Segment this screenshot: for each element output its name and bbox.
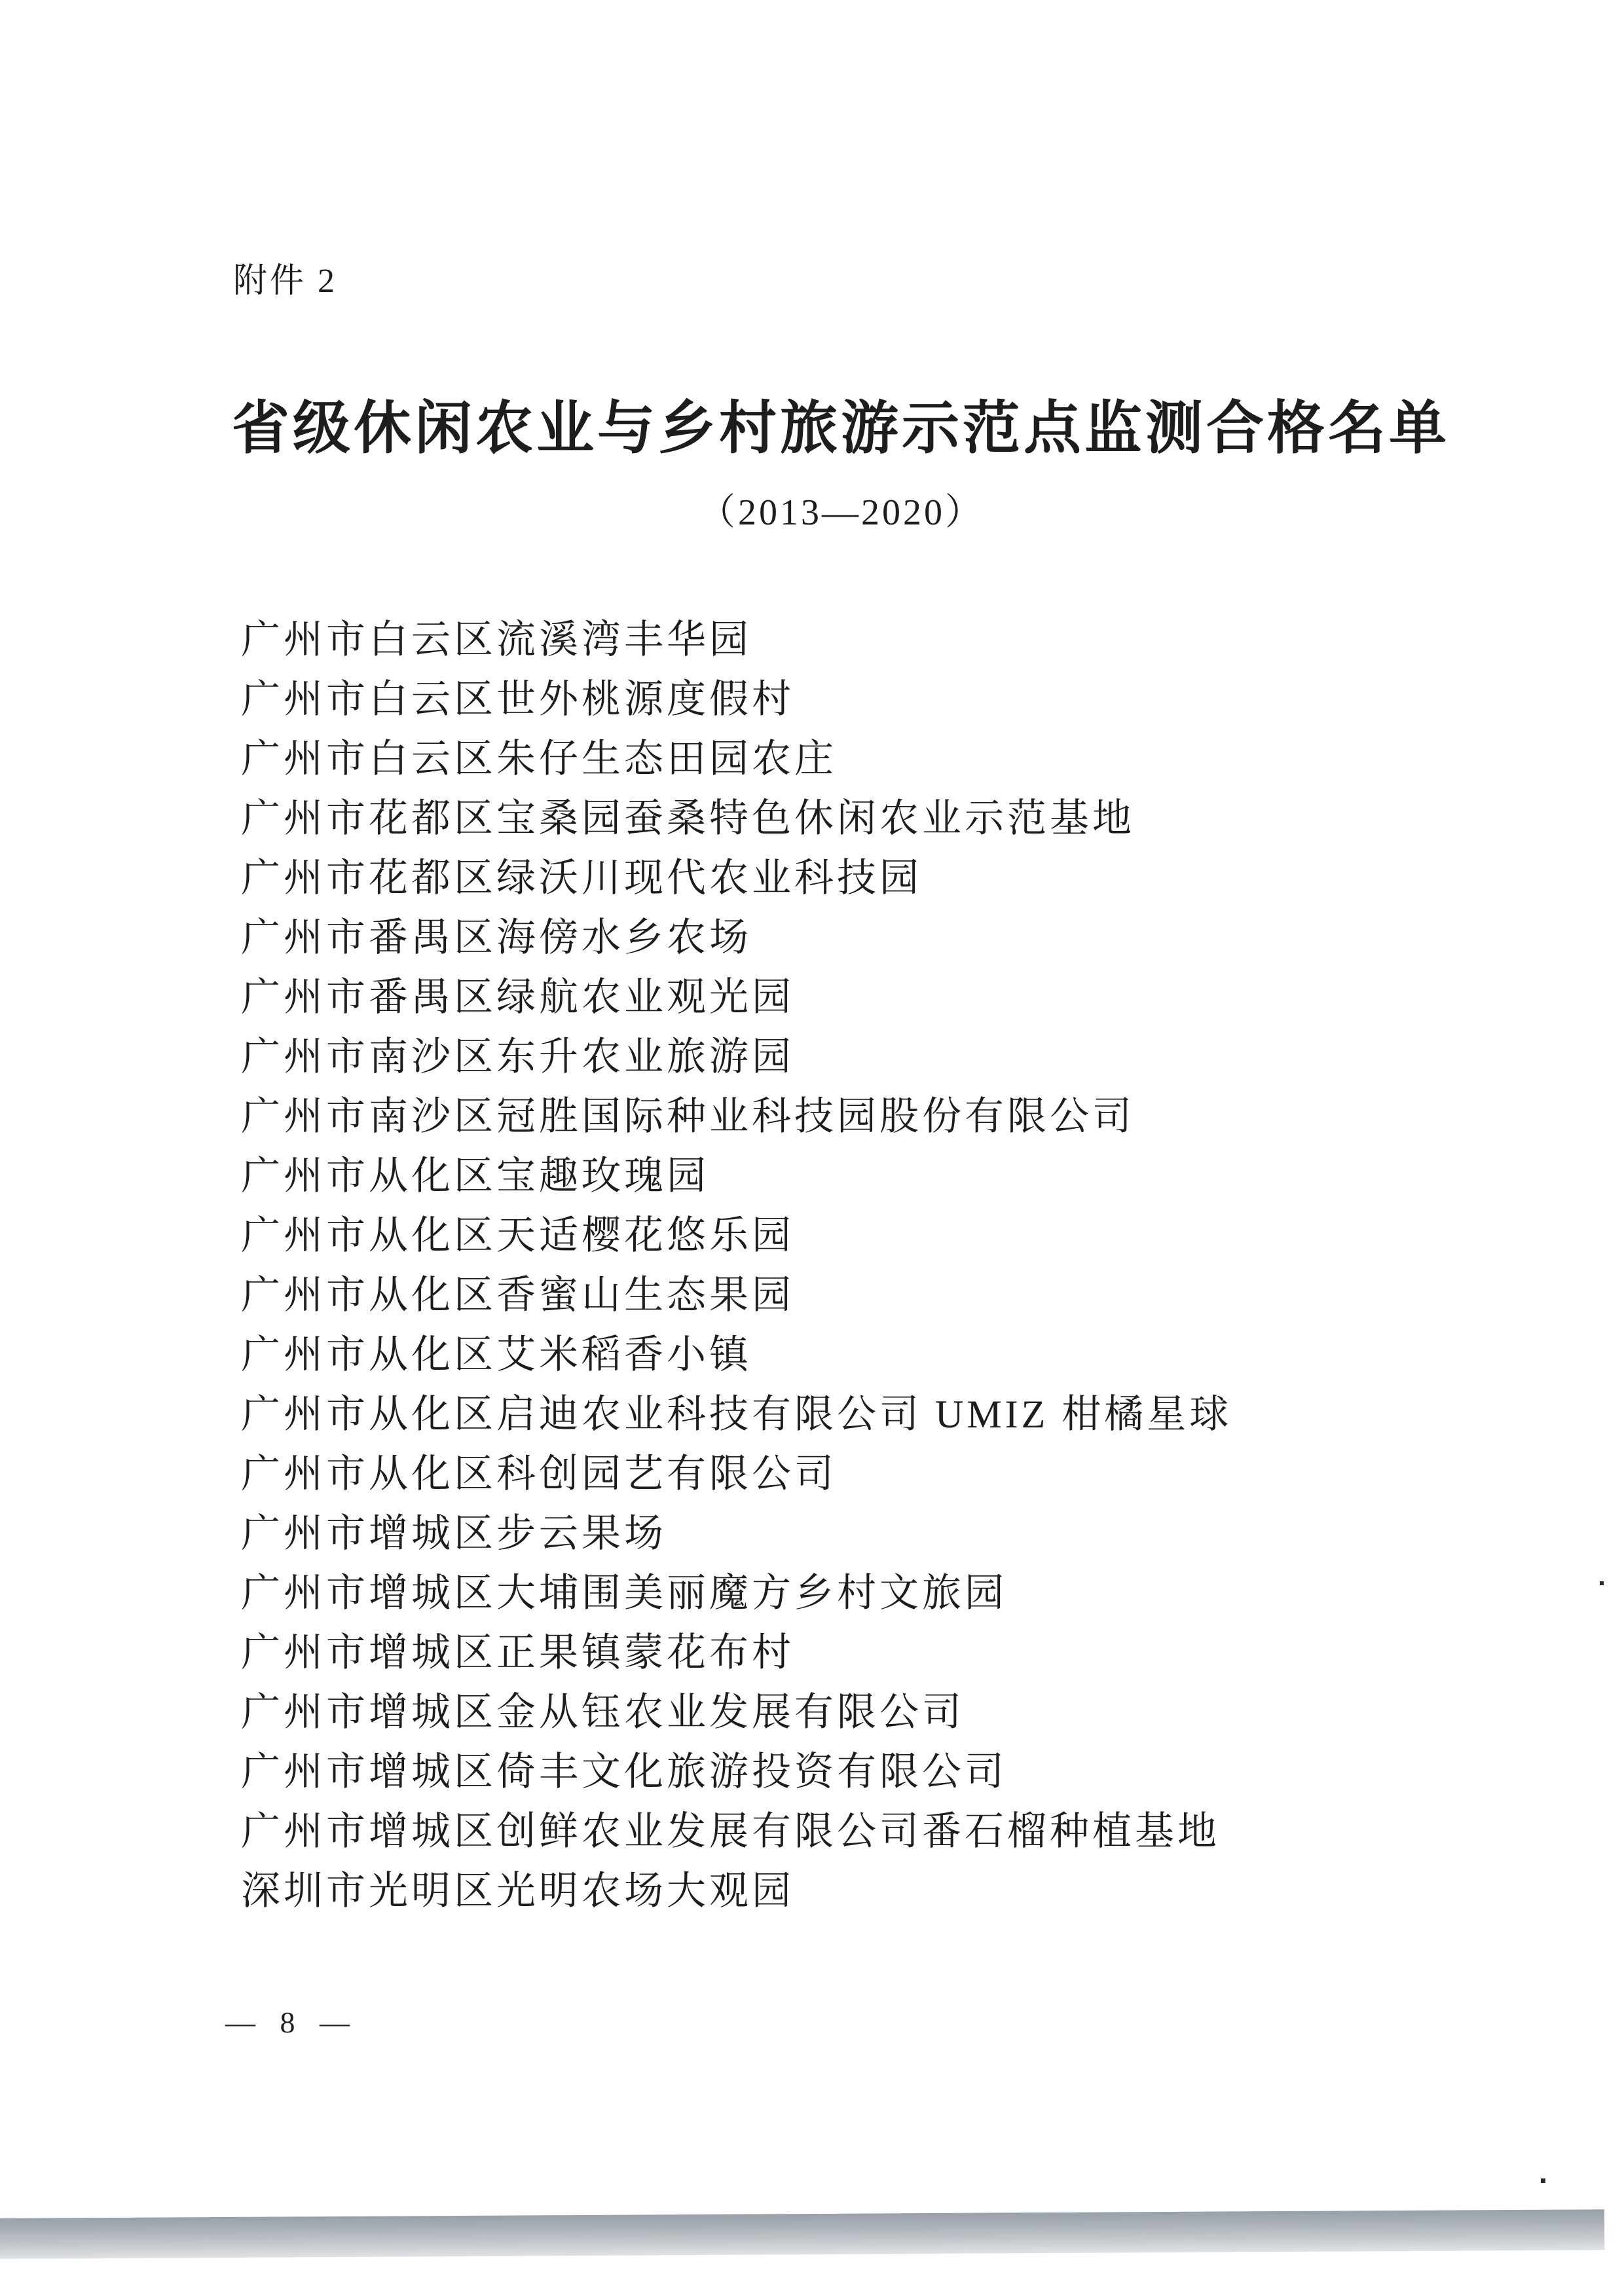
list-item: 广州市花都区宝桑园蚕桑特色休闲农业示范基地 (241, 789, 1232, 849)
list-item: 广州市增城区创鲜农业发展有限公司番石榴种植基地 (241, 1802, 1232, 1862)
scanned-document-page: 附件 2 省级休闲农业与乡村旅游示范点监测合格名单 （2013—2020） 广州… (0, 0, 1624, 2295)
scan-page-edge-shadow (0, 2209, 1604, 2259)
list-item: 广州市从化区启迪农业科技有限公司 UMIZ 柑橘星球 (241, 1385, 1232, 1444)
list-item: 广州市从化区香蜜山生态果园 (241, 1266, 1232, 1325)
scan-speck (1600, 1581, 1604, 1585)
list-item: 广州市增城区倚丰文化旅游投资有限公司 (241, 1742, 1232, 1802)
list-item: 广州市花都区绿沃川现代农业科技园 (241, 849, 1232, 908)
list-item: 广州市增城区大埔围美丽魔方乡村文旅园 (241, 1564, 1232, 1623)
page-number: — 8 — (225, 2005, 354, 2040)
list-item: 广州市从化区天适樱花悠乐园 (241, 1206, 1232, 1266)
scan-speck (1541, 2178, 1545, 2183)
list-item: 广州市白云区流溪湾丰华园 (241, 610, 1232, 670)
list-item: 广州市番禺区绿航农业观光园 (241, 968, 1232, 1027)
page-title: 省级休闲农业与乡村旅游示范点监测合格名单 (232, 382, 1450, 465)
list-item: 广州市番禺区海傍水乡农场 (241, 908, 1232, 968)
list-item: 广州市从化区科创园艺有限公司 (241, 1444, 1232, 1504)
list-item: 广州市从化区艾米稻香小镇 (241, 1325, 1232, 1385)
list-item: 广州市增城区步云果场 (241, 1504, 1232, 1564)
list-item: 广州市增城区金从钰农业发展有限公司 (241, 1683, 1232, 1742)
page-subtitle-year-range: （2013—2020） (699, 483, 984, 536)
list-item: 深圳市光明区光明农场大观园 (241, 1862, 1232, 1921)
list-item: 广州市南沙区东升农业旅游园 (241, 1027, 1232, 1087)
list-item: 广州市南沙区冠胜国际种业科技园股份有限公司 (241, 1087, 1232, 1147)
list-item: 广州市白云区朱仔生态田园农庄 (241, 729, 1232, 789)
list-item: 广州市从化区宝趣玫瑰园 (241, 1147, 1232, 1206)
list-item: 广州市白云区世外桃源度假村 (241, 670, 1232, 729)
list-item: 广州市增城区正果镇蒙花布村 (241, 1623, 1232, 1683)
site-list: 广州市白云区流溪湾丰华园广州市白云区世外桃源度假村广州市白云区朱仔生态田园农庄广… (241, 610, 1232, 1921)
attachment-label: 附件 2 (233, 253, 337, 302)
